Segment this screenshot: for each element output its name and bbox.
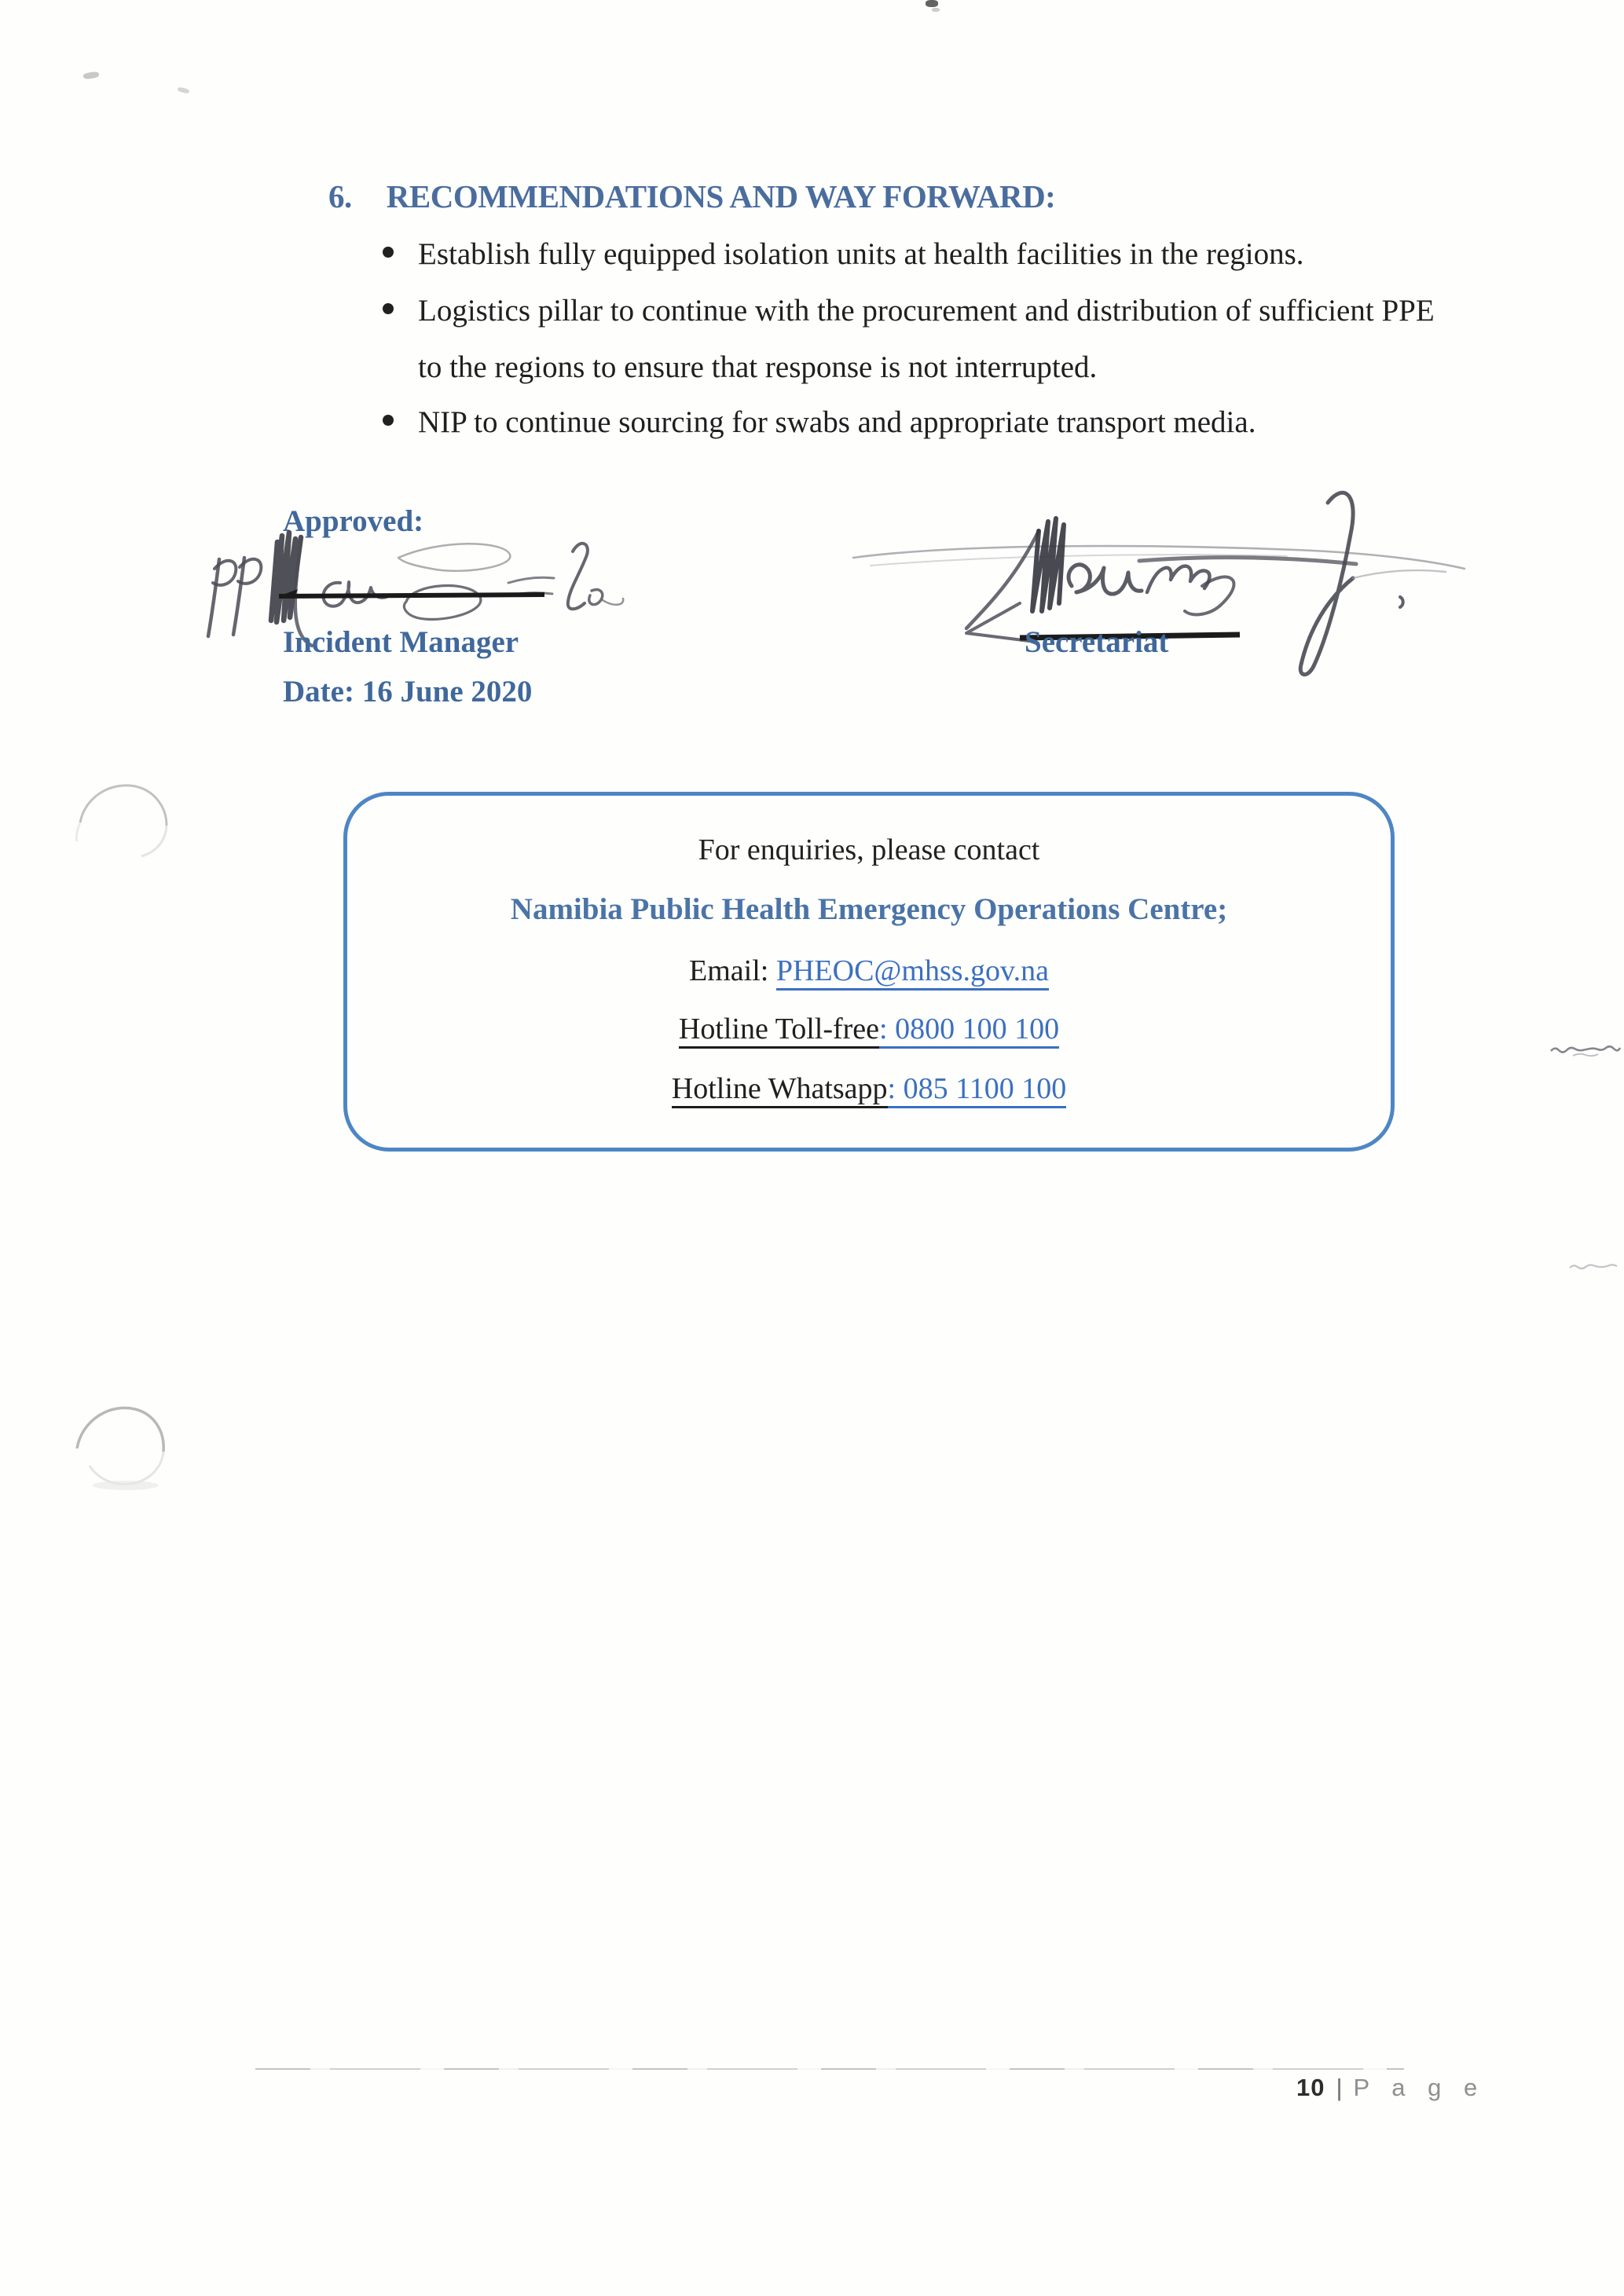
- bullet-text: Establish fully equipped isolation units…: [418, 237, 1304, 271]
- organization-name: Namibia Public Health Emergency Operatio…: [347, 892, 1391, 927]
- page-label: P a g e: [1354, 2074, 1486, 2101]
- tollfree-label: Hotline Toll-free: [679, 1013, 879, 1049]
- scan-squiggle-artifact: [1568, 1258, 1624, 1277]
- whatsapp-label: Hotline Whatsapp: [672, 1072, 888, 1108]
- page-number: 10: [1296, 2074, 1325, 2101]
- bullet-text: Logistics pillar to continue with the pr…: [418, 294, 1435, 328]
- bullet-dot-icon: [383, 415, 394, 426]
- approved-label: Approved:: [283, 504, 423, 539]
- bullet-item: Establish fully equipped isolation units…: [383, 236, 1530, 273]
- bullet-item-continuation: to the regions to ensure that response i…: [383, 349, 1530, 386]
- email-line: Email: PHEOC@mhss.gov.na: [347, 954, 1391, 988]
- contact-intro: For enquiries, please contact: [347, 833, 1391, 867]
- scan-speck: [177, 86, 189, 93]
- incident-manager-label: Incident Manager: [283, 624, 519, 660]
- bullet-item: Logistics pillar to continue with the pr…: [383, 292, 1530, 330]
- bullet-item: NIP to continue sourcing for swabs and a…: [383, 404, 1530, 441]
- punch-hole-artifact: [72, 772, 182, 866]
- tollfree-number-link[interactable]: : 0800 100 100: [879, 1013, 1059, 1049]
- whatsapp-number-link[interactable]: : 085 1100 100: [888, 1072, 1067, 1108]
- punch-hole-artifact: [68, 1392, 185, 1498]
- email-link[interactable]: PHEOC@mhss.gov.na: [776, 954, 1049, 991]
- scan-speck: [926, 0, 938, 7]
- page-footer: 10|P a g e: [1296, 2074, 1485, 2102]
- bullet-dot-icon: [383, 303, 394, 314]
- bullet-text: NIP to continue sourcing for swabs and a…: [418, 405, 1256, 439]
- tollfree-line: Hotline Toll-free: 0800 100 100: [347, 1012, 1391, 1046]
- bullet-dot-icon: [383, 247, 394, 258]
- scan-speck: [932, 8, 940, 12]
- secretariat-label: Secretariat: [1025, 624, 1168, 660]
- document-page: 6.RECOMMENDATIONS AND WAY FORWARD: Estab…: [0, 0, 1624, 2296]
- approval-date: Date: 16 June 2020: [283, 674, 532, 709]
- whatsapp-line: Hotline Whatsapp: 085 1100 100: [347, 1071, 1391, 1106]
- section-number: 6.: [328, 178, 352, 214]
- footer-divider: [255, 2068, 1404, 2070]
- email-label: Email:: [689, 954, 776, 987]
- scan-speck: [83, 71, 100, 80]
- bullet-text: to the regions to ensure that response i…: [418, 350, 1097, 384]
- section-title: RECOMMENDATIONS AND WAY FORWARD:: [387, 178, 1056, 214]
- contact-info-box: For enquiries, please contact Namibia Pu…: [343, 792, 1395, 1152]
- scan-squiggle-artifact: [1549, 1038, 1624, 1062]
- footer-separator: |: [1336, 2074, 1342, 2101]
- section-heading: 6.RECOMMENDATIONS AND WAY FORWARD:: [328, 178, 1055, 215]
